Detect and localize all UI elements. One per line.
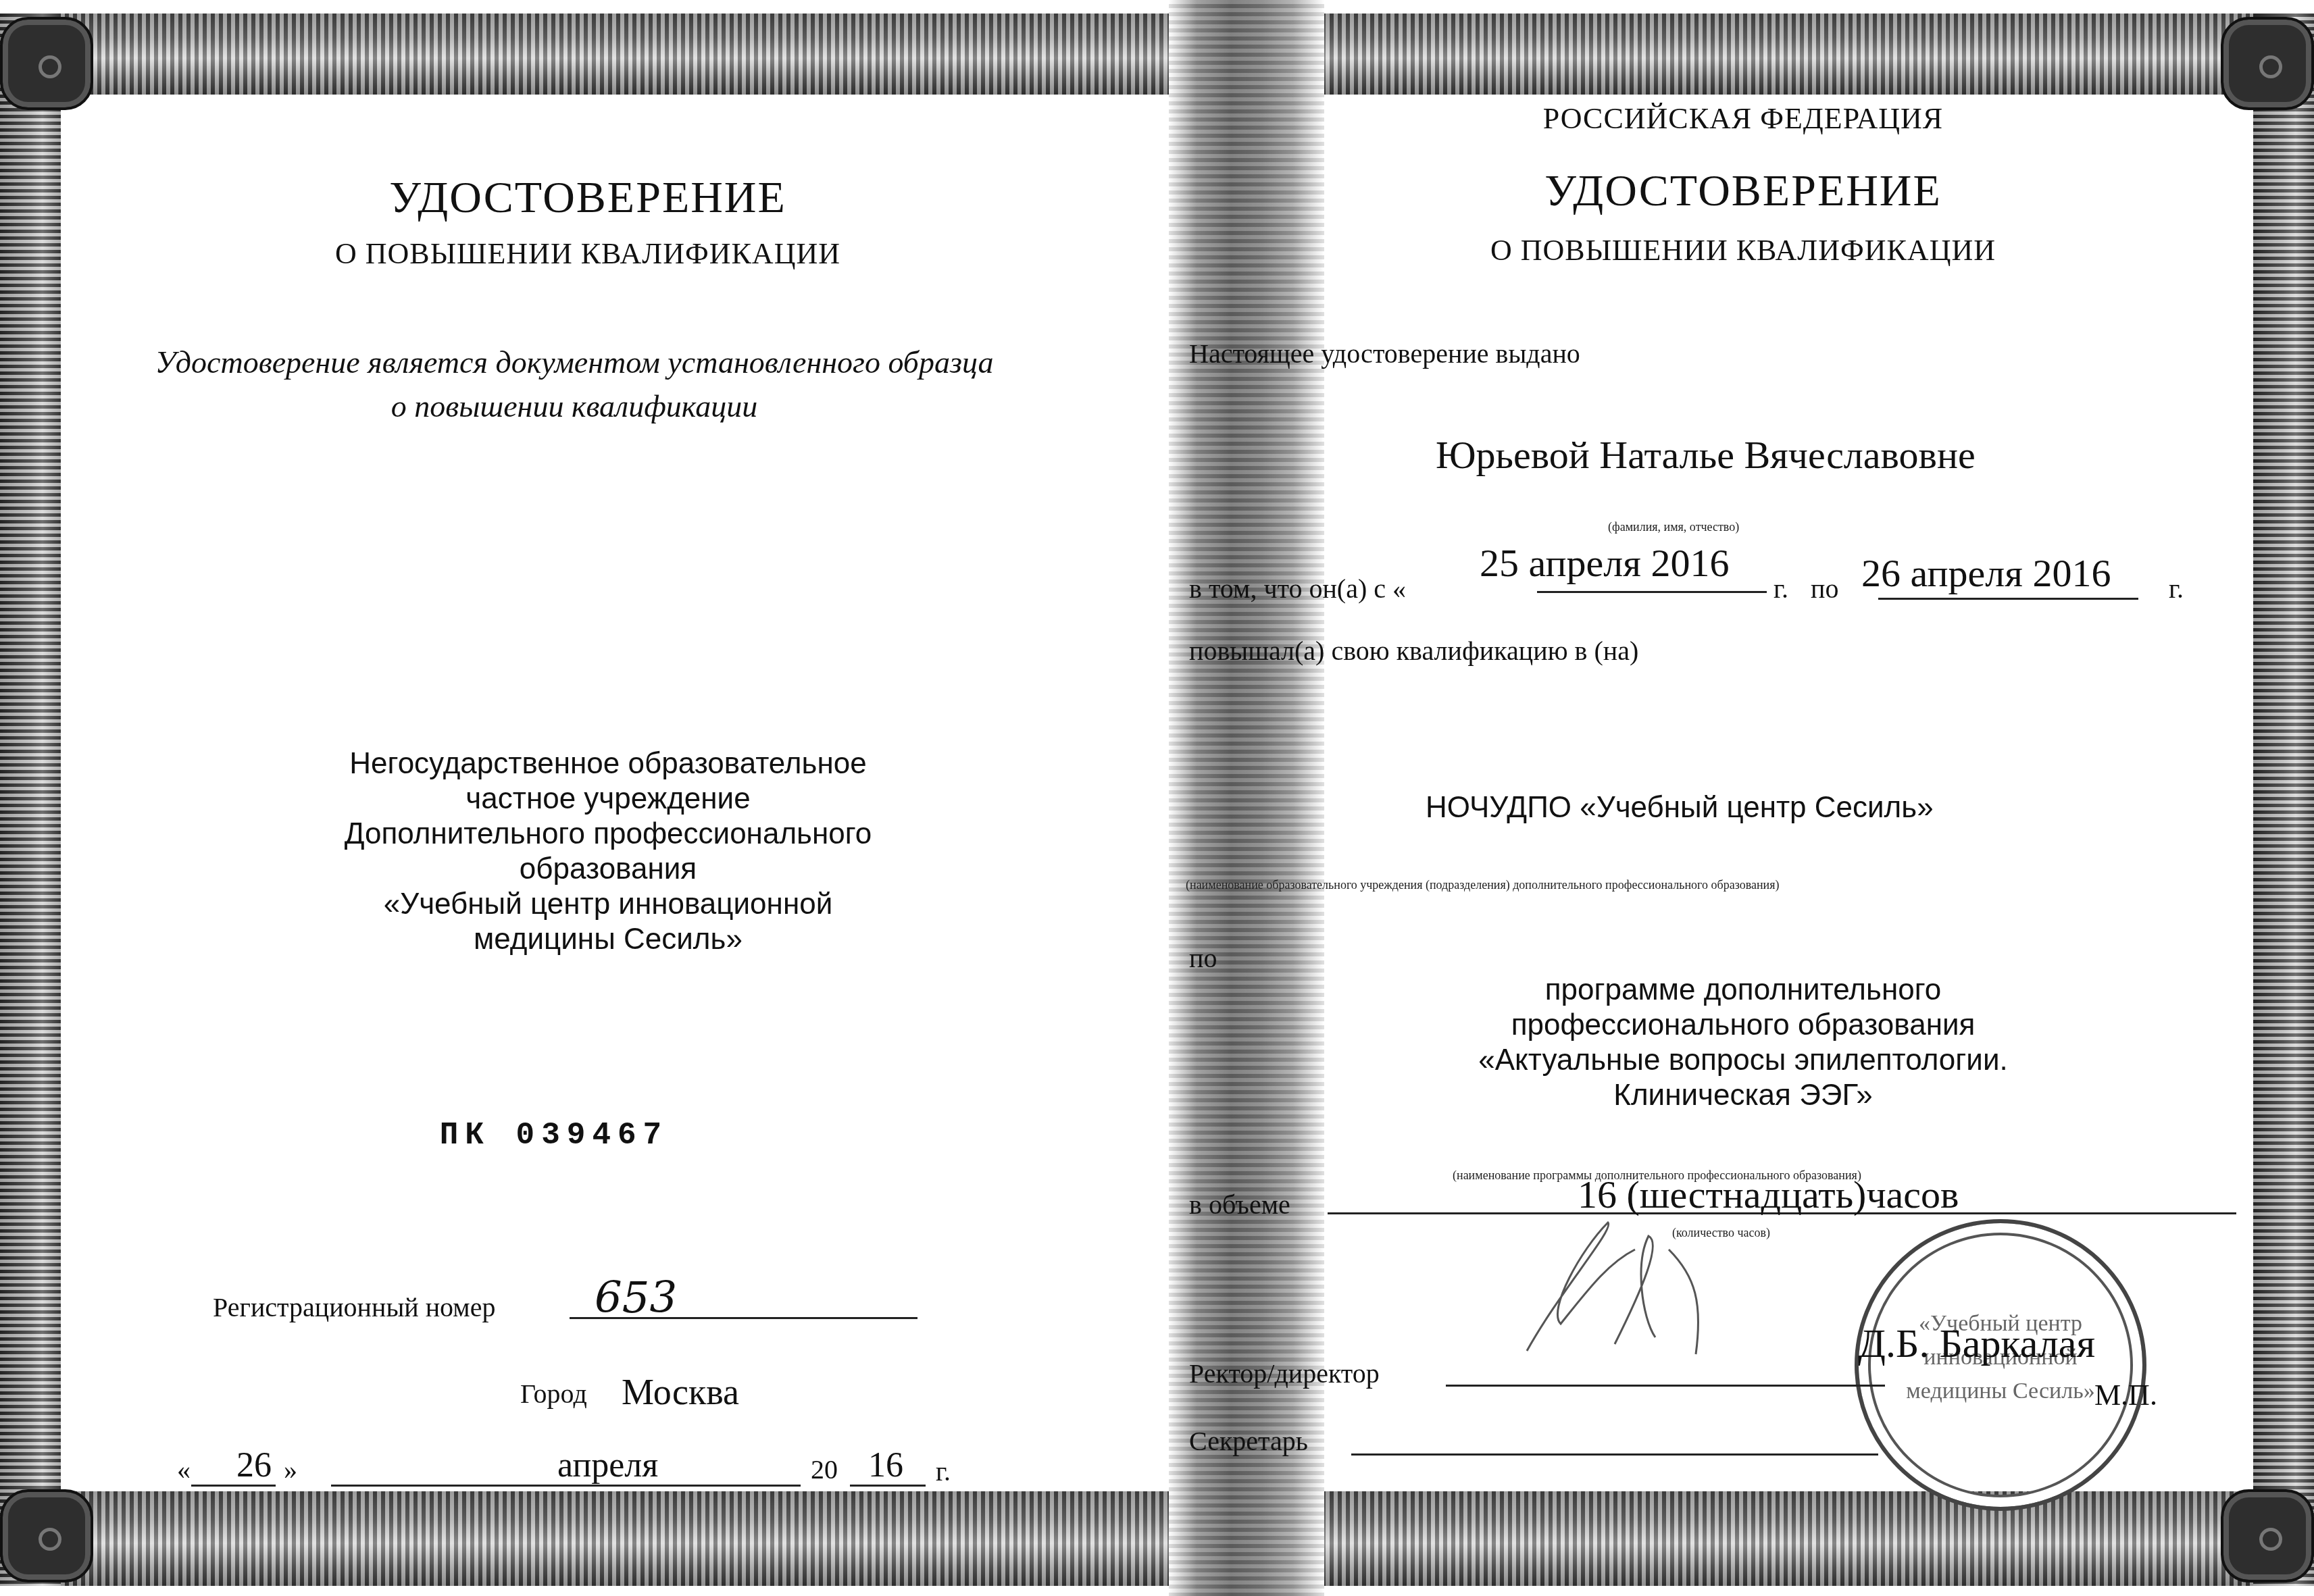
institution-short-name: НОЧУДПО «Учебный центр Сесиль» [1426, 790, 1934, 825]
certificate-spread: УДОСТОВЕРЕНИЕ О ПОВЫШЕНИИ КВАЛИФИКАЦИИ У… [0, 0, 2314, 1596]
institution-line: Дополнительного профессионального [270, 817, 946, 852]
issued-to-label: Настоящее удостоверение выдано [1189, 338, 1580, 369]
issuing-institution: Негосударственное образовательноечастное… [270, 746, 946, 956]
issue-year: 16 [868, 1445, 903, 1485]
right-title: УДОСТОВЕРЕНИЕ [1405, 165, 2081, 217]
program-label: по [1189, 942, 1217, 974]
issue-open-quote: « [177, 1453, 191, 1485]
institution-line: «Учебный центр инновационной [270, 887, 946, 922]
city-label: Город [520, 1378, 587, 1410]
start-date-underline [1537, 591, 1767, 593]
institution-line: Негосударственное образовательное [270, 746, 946, 781]
corner-ornament-icon [2221, 17, 2314, 110]
left-subtitle: О ПОВЫШЕНИИ КВАЛИФИКАЦИИ [284, 236, 892, 271]
period-prefix: в том, что он(а) с « [1189, 573, 1406, 604]
ornamental-border-top [0, 14, 2314, 95]
period-year-suffix-2: г. [2169, 573, 2184, 604]
qualified-at-label: повышал(а) свою квалификацию в (на) [1189, 635, 1638, 667]
program-line: программе дополнительного [1405, 973, 2081, 1008]
corner-ornament-icon [0, 17, 93, 110]
ornamental-border-right [2253, 14, 2314, 1586]
program-line: Клиническая ЭЭГ» [1405, 1078, 2081, 1113]
institution-line: медицины Сесиль» [270, 922, 946, 957]
institution-line: частное учреждение [270, 781, 946, 817]
institution-line: образования [270, 852, 946, 887]
ornamental-border-left [0, 14, 61, 1586]
registration-label: Регистрационный номер [213, 1291, 495, 1323]
issue-year-underline [850, 1485, 926, 1487]
volume-label: в объеме [1189, 1189, 1290, 1220]
director-label: Ректор/директор [1189, 1358, 1380, 1389]
period-to-label: по [1811, 573, 1838, 604]
issue-month: апреля [557, 1445, 658, 1485]
issue-close-quote: » [284, 1453, 297, 1485]
period-year-suffix-1: г. [1774, 573, 1788, 604]
country-name: РОССИЙСКАЯ ФЕДЕРАЦИЯ [1439, 101, 2047, 136]
registration-number: 653 [595, 1273, 677, 1323]
corner-ornament-icon [2221, 1489, 2314, 1582]
issue-month-underline [331, 1485, 801, 1487]
right-subtitle: О ПОВЫШЕНИИ КВАЛИФИКАЦИИ [1405, 233, 2081, 267]
institution-caption: (наименование образовательного учреждени… [1186, 878, 1779, 892]
issue-year-suffix: г. [936, 1456, 951, 1487]
signature-icon [1507, 1209, 1763, 1364]
issue-century: 20 [811, 1453, 838, 1485]
director-name: Д.Б. Баркалая [1858, 1320, 2095, 1367]
left-statement-line1: Удостоверение является документом устано… [74, 344, 1074, 380]
serial-number: ПК 039467 [351, 1118, 757, 1153]
stamp-mark: М.П. [2094, 1378, 2157, 1412]
program-line: «Актуальные вопросы эпилептологии. [1405, 1043, 2081, 1078]
left-title: УДОСТОВЕРЕНИЕ [284, 172, 892, 224]
secretary-label: Секретарь [1189, 1425, 1308, 1457]
period-end-date: 26 апреля 2016 [1861, 550, 2111, 596]
director-underline [1446, 1385, 1885, 1387]
issue-day-underline [191, 1485, 276, 1487]
left-statement-line2: о повышении квалификации [74, 388, 1074, 424]
book-fold [1169, 0, 1324, 1596]
recipient-caption: (фамилия, имя, отчество) [1608, 520, 1739, 534]
program-line: профессионального образования [1405, 1008, 2081, 1043]
period-start-date: 25 апреля 2016 [1480, 540, 1729, 586]
issue-day: 26 [236, 1445, 272, 1485]
corner-ornament-icon [0, 1489, 93, 1582]
secretary-underline [1351, 1453, 1878, 1456]
city-value: Москва [622, 1371, 739, 1413]
program-name: программе дополнительногопрофессионально… [1405, 973, 2081, 1113]
end-date-underline [1878, 598, 2138, 600]
recipient-name: Юрьевой Наталье Вячеславовне [1436, 432, 1976, 478]
